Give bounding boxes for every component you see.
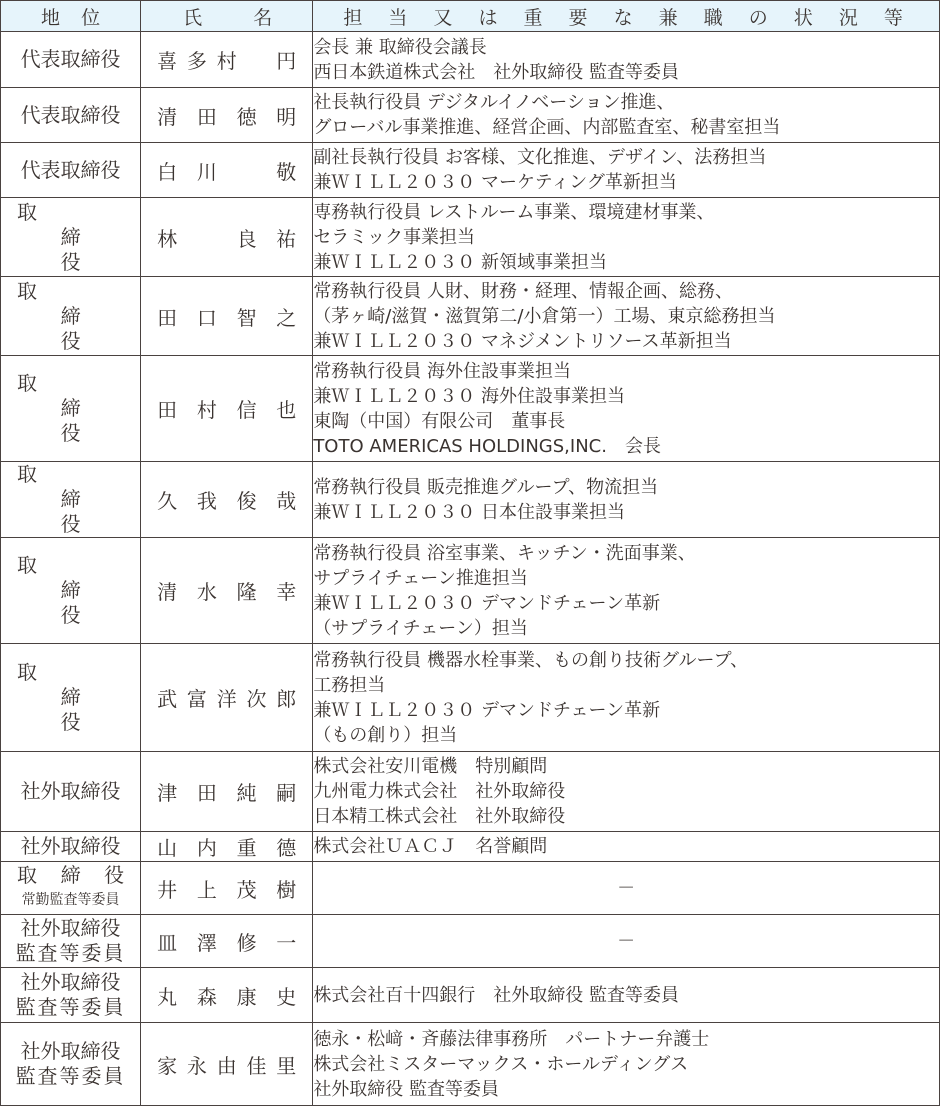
- name-char: 澤: [197, 927, 217, 956]
- member-name: 久我俊哉: [141, 485, 312, 514]
- name-char: 史: [276, 981, 296, 1010]
- name-char: 森: [197, 981, 217, 1010]
- position-cell: 取締役: [1, 277, 141, 356]
- name-char: 純: [237, 777, 257, 806]
- position-cell: 代表取締役: [1, 143, 141, 198]
- position-title: 取: [1, 462, 140, 487]
- name-char: 我: [197, 485, 217, 514]
- position-title: 代表取締役: [1, 103, 140, 128]
- duty-line: 株式会社安川電機 特別顧問: [313, 754, 939, 779]
- duty-line: 兼ＷＩＬＬ２０３０ 日本住設事業担当: [313, 500, 939, 525]
- name-cell: 丸森康史: [141, 968, 313, 1023]
- name-char: [197, 223, 217, 252]
- name-char: 里: [276, 1050, 296, 1079]
- duty-line: （サプライチェーン）担当: [313, 616, 939, 641]
- name-cell: 皿澤修一: [141, 915, 313, 968]
- header-char: 状: [794, 3, 813, 30]
- name-char: 上: [197, 874, 217, 903]
- name-char: 口: [197, 302, 217, 331]
- name-char: 佳: [246, 1050, 266, 1079]
- name-cell: 津田純嗣: [141, 752, 313, 832]
- name-char: 村: [197, 394, 217, 423]
- duties-cell: －: [313, 915, 940, 968]
- name-char: 洋: [217, 683, 237, 712]
- name-char: 富: [187, 683, 207, 712]
- duties-cell: 徳永・松﨑・斉藤法律事務所 パートナー弁護士株式会社ミスターマックス・ホールディ…: [313, 1023, 940, 1088]
- name-char: 多: [187, 45, 207, 74]
- duty-line: 社外取締役 監査等委員: [313, 1077, 939, 1088]
- duty-line: 日本精工株式会社 社外取締役: [313, 804, 939, 829]
- table-row: 代表取締役喜多村円会長 兼 取締役会議長西日本鉄道株式会社 社外取締役 監査等委…: [1, 32, 940, 88]
- header-char: 重: [524, 3, 543, 30]
- position-cell: 社外取締役監査等委員: [1, 968, 141, 1023]
- name-cell: 清田徳明: [141, 88, 313, 143]
- name-char: 祐: [276, 223, 296, 252]
- duty-line: 常務執行役員 浴室事業、キッチン・洗面事業、: [313, 541, 939, 566]
- header-position: 地位: [1, 1, 141, 32]
- duty-line: セラミック事業担当: [313, 225, 939, 250]
- duty-line: 専務執行役員 レストルーム事業、環境建材事業、: [313, 200, 939, 225]
- name-char: 川: [197, 156, 217, 185]
- duties-cell: 副社長執行役員 お客様、文化推進、デザイン、法務担当兼ＷＩＬＬ２０３０ マーケテ…: [313, 143, 940, 198]
- name-char: 田: [157, 394, 177, 423]
- name-char: 幸: [276, 576, 296, 605]
- position-cell: 代表取締役: [1, 88, 141, 143]
- duty-line: 東陶（中国）有限公司 董事長: [313, 409, 939, 434]
- duty-line: （もの創り）担当: [313, 723, 939, 748]
- duties-cell: 常務執行役員 浴室事業、キッチン・洗面事業、サプライチェーン推進担当兼ＷＩＬＬ２…: [313, 538, 940, 644]
- position-subtitle: 締: [1, 304, 140, 329]
- duty-line: 西日本鉄道株式会社 社外取締役 監査等委員: [313, 60, 939, 85]
- position-cell: 代表取締役: [1, 32, 141, 88]
- position-title: 取: [1, 371, 140, 396]
- position-char: 取: [17, 660, 37, 685]
- name-cell: 久我俊哉: [141, 462, 313, 538]
- table-row: 社外取締役監査等委員丸森康史株式会社百十四銀行 社外取締役 監査等委員: [1, 968, 940, 1023]
- position-title: 社外取締役: [1, 1039, 140, 1064]
- table-row: 社外取締役津田純嗣株式会社安川電機 特別顧問九州電力株式会社 社外取締役日本精工…: [1, 752, 940, 832]
- name-char: 徳: [237, 101, 257, 130]
- name-char: 之: [276, 302, 296, 331]
- name-char: 田: [157, 302, 177, 331]
- table-row: 取締役田口智之常務執行役員 人財、財務・経理、情報企画、総務、（茅ヶ崎/滋賀・滋…: [1, 277, 940, 356]
- header-char: の: [749, 3, 768, 30]
- name-char: 郎: [276, 683, 296, 712]
- duties-cell: 社長執行役員 デジタルイノベーション推進、グローバル事業推進、経営企画、内部監査…: [313, 88, 940, 143]
- duty-line: 常務執行役員 販売推進グループ、物流担当: [313, 475, 939, 500]
- header-char: 氏: [183, 3, 202, 30]
- name-char: 皿: [157, 927, 177, 956]
- duty-line: 工務担当: [313, 673, 939, 698]
- position-subtitle: 役: [1, 250, 140, 275]
- position-cell: 取締役: [1, 198, 141, 277]
- name-cell: 田口智之: [141, 277, 313, 356]
- name-cell: 白川敬: [141, 143, 313, 198]
- name-char: 林: [157, 223, 177, 252]
- header-char: 職: [704, 3, 723, 30]
- position-cell: 取締役: [1, 462, 141, 538]
- position-cell: 社外取締役: [1, 752, 141, 832]
- duty-line: 兼ＷＩＬＬ２０３０ デマンドチェーン革新: [313, 591, 939, 616]
- duty-line: 九州電力株式会社 社外取締役: [313, 779, 939, 804]
- name-char: 田: [197, 777, 217, 806]
- name-char: 俊: [237, 485, 257, 514]
- position-title: 社外取締役: [1, 779, 140, 804]
- position-cell: 取締役: [1, 538, 141, 644]
- position-subtitle: 役: [1, 329, 140, 354]
- position-cell: 取締役: [1, 356, 141, 462]
- header-char: 要: [569, 3, 588, 30]
- name-char: 村: [217, 45, 237, 74]
- name-char: [246, 45, 266, 74]
- duties-cell: 株式会社ＵＡＣＪ 名誉顧問: [313, 832, 940, 862]
- name-cell: 田村信也: [141, 356, 313, 462]
- name-char: 白: [157, 156, 177, 185]
- position-subtitle: 締: [1, 487, 140, 512]
- position-char: 取: [17, 553, 37, 578]
- member-name: 井上茂樹: [141, 874, 312, 903]
- position-char: 取: [17, 200, 37, 225]
- duty-line: TOTO AMERICAS HOLDINGS,INC. 会長: [313, 434, 939, 459]
- name-cell: 清水隆幸: [141, 538, 313, 644]
- name-char: 山: [157, 832, 177, 861]
- name-char: 茂: [237, 874, 257, 903]
- position-title: 取: [1, 660, 140, 685]
- duty-line: 社長執行役員 デジタルイノベーション推進、: [313, 90, 939, 115]
- position-subtitle: 役: [1, 512, 140, 537]
- duty-line: 常務執行役員 機器水栓事業、もの創り技術グループ、: [313, 648, 939, 673]
- name-char: 康: [237, 981, 257, 1010]
- duty-line: 兼ＷＩＬＬ２０３０ 新領域事業担当: [313, 250, 939, 275]
- position-cell: 社外取締役監査等委員: [1, 915, 141, 968]
- table-row: 取締役武富洋次郎常務執行役員 機器水栓事業、もの創り技術グループ、工務担当兼ＷＩ…: [1, 644, 940, 752]
- position-title: 取締役: [1, 863, 140, 888]
- duty-line: 常務執行役員 海外住設事業担当: [313, 359, 939, 384]
- member-name: 田村信也: [141, 394, 312, 423]
- name-char: 水: [197, 576, 217, 605]
- header-char: な: [614, 3, 633, 30]
- duties-cell: 常務執行役員 販売推進グループ、物流担当兼ＷＩＬＬ２０３０ 日本住設事業担当: [313, 462, 940, 538]
- member-name: 皿澤修一: [141, 927, 312, 956]
- position-char: 役: [104, 863, 124, 888]
- member-name: 津田純嗣: [141, 777, 312, 806]
- name-char: 円: [276, 45, 296, 74]
- member-name: 武富洋次郎: [141, 683, 312, 712]
- position-char: 取: [17, 863, 37, 888]
- position-subtitle: 監査等委員: [1, 941, 140, 966]
- member-name: 家永由佳里: [141, 1050, 312, 1079]
- duty-line: －: [313, 929, 939, 954]
- table-header-row: 地位 氏名 担当又は重要な兼職の状況等: [1, 1, 940, 32]
- header-char: 名: [253, 3, 272, 30]
- name-char: 田: [197, 101, 217, 130]
- duty-line: 兼ＷＩＬＬ２０３０ マーケティング革新担当: [313, 170, 939, 195]
- table-row: 取締役田村信也常務執行役員 海外住設事業担当兼ＷＩＬＬ２０３０ 海外住設事業担当…: [1, 356, 940, 462]
- table-row: 取締役常勤監査等委員井上茂樹－: [1, 862, 940, 915]
- name-char: 嗣: [276, 777, 296, 806]
- name-char: 哉: [276, 485, 296, 514]
- name-char: 永: [187, 1050, 207, 1079]
- duty-line: グローバル事業推進、経営企画、内部監査室、秘書室担当: [313, 115, 939, 140]
- position-subtitle: 締: [1, 685, 140, 710]
- position-subtitle: 締: [1, 396, 140, 421]
- table-row: 代表取締役白川敬副社長執行役員 お客様、文化推進、デザイン、法務担当兼ＷＩＬＬ２…: [1, 143, 940, 198]
- position-subtitle: 役: [1, 710, 140, 735]
- member-name: 林良祐: [141, 223, 312, 252]
- member-name: 田口智之: [141, 302, 312, 331]
- name-char: 一: [276, 927, 296, 956]
- position-char: 取: [17, 371, 37, 396]
- member-name: 丸森康史: [141, 981, 312, 1010]
- position-subtitle: 締: [1, 578, 140, 603]
- position-subtitle: 監査等委員: [1, 1064, 140, 1087]
- position-title: 社外取締役: [1, 834, 140, 859]
- name-char: 良: [237, 223, 257, 252]
- position-subtitle: 締: [1, 225, 140, 250]
- position-subtitle: 監査等委員: [1, 995, 140, 1020]
- name-char: 津: [157, 777, 177, 806]
- position-title: 社外取締役: [1, 970, 140, 995]
- header-char: 地: [41, 3, 60, 30]
- header-name: 氏名: [141, 1, 313, 32]
- name-char: 清: [157, 576, 177, 605]
- name-char: 清: [157, 101, 177, 130]
- table-row: 代表取締役清田徳明社長執行役員 デジタルイノベーション推進、グローバル事業推進、…: [1, 88, 940, 143]
- position-title: 代表取締役: [1, 47, 140, 72]
- name-cell: 井上茂樹: [141, 862, 313, 915]
- position-cell: 社外取締役: [1, 832, 141, 862]
- duties-cell: 常務執行役員 人財、財務・経理、情報企画、総務、（茅ヶ崎/滋賀・滋賀第二/小倉第…: [313, 277, 940, 356]
- duties-cell: 専務執行役員 レストルーム事業、環境建材事業、セラミック事業担当兼ＷＩＬＬ２０３…: [313, 198, 940, 277]
- duty-line: 兼ＷＩＬＬ２０３０ デマンドチェーン革新: [313, 698, 939, 723]
- duty-line: 副社長執行役員 お客様、文化推進、デザイン、法務担当: [313, 145, 939, 170]
- duty-line: 兼ＷＩＬＬ２０３０ マネジメントリソース革新担当: [313, 329, 939, 354]
- name-cell: 家永由佳里: [141, 1023, 313, 1088]
- name-char: 井: [157, 874, 177, 903]
- table-row: 取締役清水隆幸常務執行役員 浴室事業、キッチン・洗面事業、サプライチェーン推進担…: [1, 538, 940, 644]
- table-row: 社外取締役監査等委員皿澤修一－: [1, 915, 940, 968]
- header-char: 況: [839, 3, 858, 30]
- name-char: [237, 156, 257, 185]
- position-subtitle: 役: [1, 603, 140, 628]
- duty-line: 常務執行役員 人財、財務・経理、情報企画、総務、: [313, 279, 939, 304]
- duty-line: 株式会社百十四銀行 社外取締役 監査等委員: [313, 983, 939, 1008]
- member-name: 白川敬: [141, 156, 312, 185]
- name-char: 武: [157, 683, 177, 712]
- board-members-table: 地位 氏名 担当又は重要な兼職の状況等 代表取締役喜多村円会長 兼 取締役会議長…: [0, 0, 940, 1087]
- position-subtitle: 役: [1, 421, 140, 446]
- name-char: 智: [237, 302, 257, 331]
- duties-cell: 常務執行役員 機器水栓事業、もの創り技術グループ、工務担当兼ＷＩＬＬ２０３０ デ…: [313, 644, 940, 752]
- name-char: 修: [237, 927, 257, 956]
- table-row: 社外取締役監査等委員家永由佳里徳永・松﨑・斉藤法律事務所 パートナー弁護士株式会…: [1, 1023, 940, 1088]
- table-row: 社外取締役山内重德株式会社ＵＡＣＪ 名誉顧問: [1, 832, 940, 862]
- duty-line: （茅ヶ崎/滋賀・滋賀第二/小倉第一）工場、東京総務担当: [313, 304, 939, 329]
- position-title: 取: [1, 200, 140, 225]
- duty-line: 兼ＷＩＬＬ２０３０ 海外住設事業担当: [313, 384, 939, 409]
- duty-line: 株式会社ＵＡＣＪ 名誉顧問: [313, 834, 939, 859]
- duty-line: －: [313, 876, 939, 901]
- name-char: 信: [237, 394, 257, 423]
- table-row: 取締役林良祐専務執行役員 レストルーム事業、環境建材事業、セラミック事業担当兼Ｗ…: [1, 198, 940, 277]
- name-char: 次: [246, 683, 266, 712]
- name-char: 敬: [276, 156, 296, 185]
- position-char: 締: [61, 863, 81, 888]
- name-char: 家: [157, 1050, 177, 1079]
- position-title: 取: [1, 279, 140, 304]
- position-cell: 社外取締役監査等委員: [1, 1023, 141, 1088]
- position-title: 取: [1, 553, 140, 578]
- name-cell: 山内重德: [141, 832, 313, 862]
- position-subtitle: 常勤監査等委員: [1, 888, 140, 913]
- position-title: 代表取締役: [1, 158, 140, 183]
- position-title: 社外取締役: [1, 916, 140, 941]
- header-char: は: [478, 3, 497, 30]
- name-char: 内: [197, 832, 217, 861]
- duty-line: 株式会社ミスターマックス・ホールディングス: [313, 1052, 939, 1077]
- name-char: 樹: [276, 874, 296, 903]
- name-char: 隆: [237, 576, 257, 605]
- header-char: 当: [388, 3, 407, 30]
- duties-cell: 株式会社百十四銀行 社外取締役 監査等委員: [313, 968, 940, 1023]
- header-char: 位: [81, 3, 100, 30]
- table-row: 取締役久我俊哉常務執行役員 販売推進グループ、物流担当兼ＷＩＬＬ２０３０ 日本住…: [1, 462, 940, 538]
- name-char: 久: [157, 485, 177, 514]
- duty-line: 会長 兼 取締役会議長: [313, 35, 939, 60]
- duty-line: 徳永・松﨑・斉藤法律事務所 パートナー弁護士: [313, 1027, 939, 1052]
- position-cell: 取締役: [1, 644, 141, 752]
- header-char: 等: [884, 3, 903, 30]
- name-cell: 林良祐: [141, 198, 313, 277]
- member-name: 山内重德: [141, 832, 312, 861]
- position-char: 取: [17, 279, 37, 304]
- name-char: 喜: [157, 45, 177, 74]
- name-char: 明: [276, 101, 296, 130]
- duties-cell: －: [313, 862, 940, 915]
- name-cell: 喜多村円: [141, 32, 313, 88]
- header-char: 又: [433, 3, 452, 30]
- header-char: 担: [343, 3, 362, 30]
- name-char: 重: [237, 832, 257, 861]
- duties-cell: 会長 兼 取締役会議長西日本鉄道株式会社 社外取締役 監査等委員: [313, 32, 940, 88]
- position-char: 取: [17, 462, 37, 487]
- member-name: 清水隆幸: [141, 576, 312, 605]
- name-char: 丸: [157, 981, 177, 1010]
- position-cell: 取締役常勤監査等委員: [1, 862, 141, 915]
- name-char: 由: [217, 1050, 237, 1079]
- name-char: 德: [276, 832, 296, 861]
- header-char: 兼: [659, 3, 678, 30]
- duties-cell: 常務執行役員 海外住設事業担当兼ＷＩＬＬ２０３０ 海外住設事業担当東陶（中国）有…: [313, 356, 940, 462]
- header-duties: 担当又は重要な兼職の状況等: [313, 1, 940, 32]
- duty-line: サプライチェーン推進担当: [313, 566, 939, 591]
- duties-cell: 株式会社安川電機 特別顧問九州電力株式会社 社外取締役日本精工株式会社 社外取締…: [313, 752, 940, 832]
- name-cell: 武富洋次郎: [141, 644, 313, 752]
- member-name: 喜多村円: [141, 45, 312, 74]
- member-name: 清田徳明: [141, 101, 312, 130]
- name-char: 也: [276, 394, 296, 423]
